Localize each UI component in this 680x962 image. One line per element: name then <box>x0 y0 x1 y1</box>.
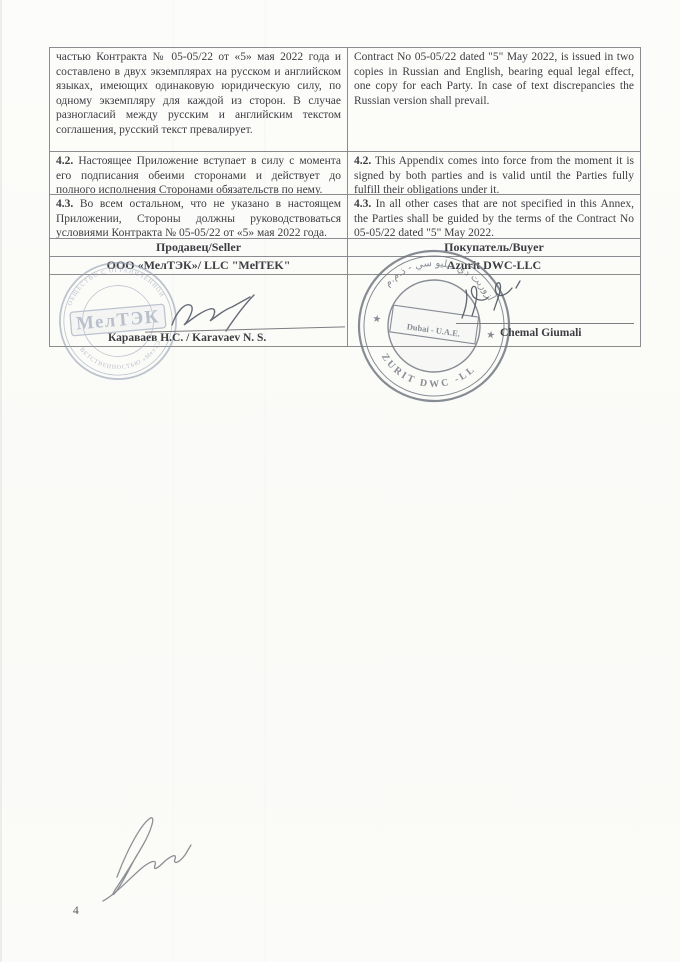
clause-4-2-number: 4.2. <box>56 155 73 167</box>
seller-signature-cell: ОБЩЕСТВО С ОГРАНИЧЕННОЙ ОТВЕТСТВЕННОСТЬЮ… <box>50 275 348 346</box>
scanned-contract-page: частью Контракта № 05-05/22 от «5» мая 2… <box>0 0 680 962</box>
clause-intro-en-text: Contract No 05-05/22 dated "5" May 2022,… <box>354 51 634 107</box>
page-number: 4 <box>73 905 79 917</box>
clause-4-2-number: 4.2. <box>354 155 371 167</box>
company-row: ООО «МелТЭК»/ LLC "MelTEK" Azurit DWC-LL… <box>50 257 640 275</box>
clause-4-3-ru-text: Во всем остальном, что не указано в наст… <box>56 198 341 238</box>
clause-4-3-ru: 4.3. Во всем остальном, что не указано в… <box>50 195 348 238</box>
clause-4-3-en: 4.3. In all other cases that are not spe… <box>348 195 640 238</box>
clause-intro-en: Contract No 05-05/22 dated "5" May 2022,… <box>348 48 640 151</box>
buyer-stamp-right-star-icon: ★ <box>486 329 496 341</box>
buyer-signature-line <box>456 323 634 324</box>
clause-4-2-en-text: This Appendix comes into force from the … <box>354 155 634 194</box>
clause-intro-ru: частью Контракта № 05-05/22 от «5» мая 2… <box>50 48 348 151</box>
buyer-role-header: Покупатель/Buyer <box>348 239 640 256</box>
buyer-company-name: Azurit DWC-LLC <box>348 257 640 274</box>
clause-4-2-en: 4.2. This Appendix comes into force from… <box>348 152 640 194</box>
buyer-stamp-left-star-icon: ★ <box>372 313 382 325</box>
seller-role-header: Продавец/Seller <box>50 239 348 256</box>
clause-4-3-number: 4.3. <box>56 198 73 210</box>
seller-round-stamp: ОБЩЕСТВО С ОГРАНИЧЕННОЙ ОТВЕТСТВЕННОСТЬЮ… <box>57 260 179 382</box>
contract-table: частью Контракта № 05-05/22 от «5» мая 2… <box>49 47 641 347</box>
pencil-signature-scribble <box>87 805 195 905</box>
buyer-signatory-name: Chemal Giumali <box>500 326 581 341</box>
signature-row: ОБЩЕСТВО С ОГРАНИЧЕННОЙ ОТВЕТСТВЕННОСТЬЮ… <box>50 275 640 346</box>
clause-intro-row: частью Контракта № 05-05/22 от «5» мая 2… <box>50 48 640 152</box>
buyer-signature-cell: أزوريت دي دبليو سي - ذ.م.م AZURIT DWC -L… <box>348 275 640 346</box>
clause-4-3-row: 4.3. Во всем остальном, что не указано в… <box>50 195 640 239</box>
clause-4-3-en-text: In all other cases that are not specifie… <box>354 198 634 238</box>
buyer-handwritten-signature <box>454 278 526 324</box>
clause-4-2-ru-text: Настоящее Приложение вступает в силу с м… <box>56 155 341 194</box>
role-header-row: Продавец/Seller Покупатель/Buyer <box>50 239 640 257</box>
clause-4-3-number: 4.3. <box>354 198 371 210</box>
seller-stamp-ring-bottom-text: ОТВЕТСТВЕННОСТЬЮ «МелТЭК» <box>57 260 165 376</box>
buyer-stamp-city-text: Dubai - U.A.E. <box>406 321 460 338</box>
clause-4-2-row: 4.2. Настоящее Приложение вступает в сил… <box>50 152 640 195</box>
clause-intro-ru-text: частью Контракта № 05-05/22 от «5» мая 2… <box>56 51 341 136</box>
seller-company-name: ООО «МелТЭК»/ LLC "MelTEK" <box>50 257 348 274</box>
seller-signatory-name: Караваев Н.С. / Karavaev N. S. <box>108 331 266 346</box>
clause-4-2-ru: 4.2. Настоящее Приложение вступает в сил… <box>50 152 348 194</box>
